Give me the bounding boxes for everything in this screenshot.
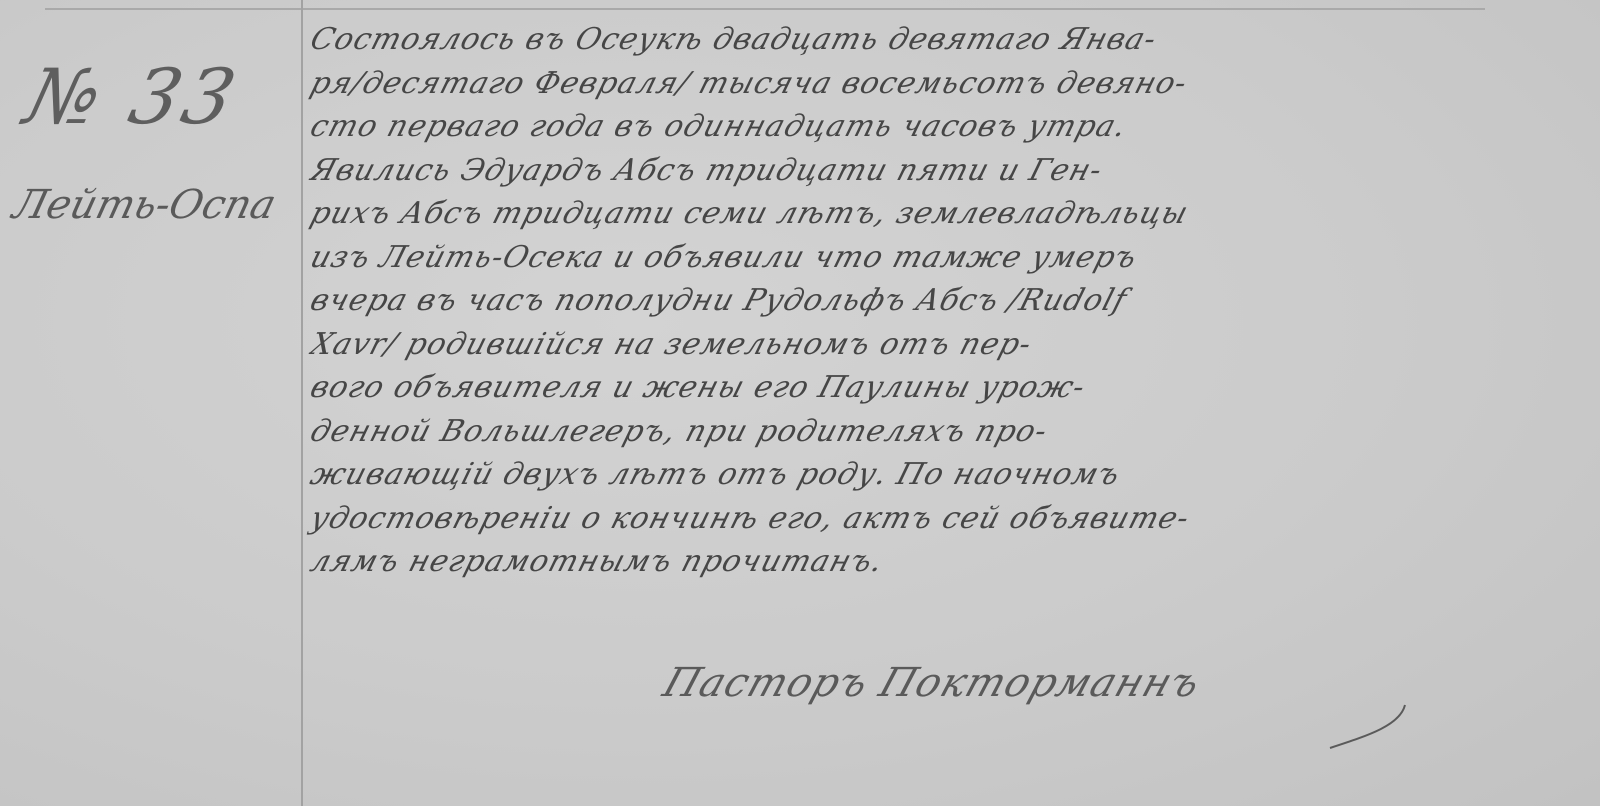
record-line: вого объявителя и жены его Паулины урож- (305, 366, 1587, 410)
record-line: изъ Лейть-Осека и объявили что тамже уме… (305, 236, 1587, 280)
left-margin: № 33 Лейть-Оспа (0, 0, 300, 806)
record-line: удостовѣреніи о кончинѣ его, актъ сей об… (305, 497, 1587, 541)
pastor-signature: Пасторъ Покторманнъ (658, 660, 1207, 706)
entry-number: № 33 (17, 52, 248, 141)
record-line: Xavr/ родившійся на земельномъ отъ пер- (305, 323, 1587, 367)
record-line: рихъ Абсъ тридцати семи лѣтъ, землевладѣ… (305, 192, 1587, 236)
document-page: № 33 Лейть-Оспа Состоялось въ Осеукѣ два… (0, 0, 1600, 806)
margin-place-name: Лейть-Оспа (8, 182, 280, 228)
record-line: вчера въ часъ пополудни Рудольфъ Абсъ /R… (305, 279, 1587, 323)
record-line: ря/десятаго Февраля/ тысяча восемьсотъ д… (305, 62, 1587, 106)
record-line: сто перваго года въ одиннадцать часовъ у… (305, 105, 1587, 149)
record-line: Явились Эдуардъ Абсъ тридцати пяти и Ген… (305, 149, 1587, 193)
record-line: лямъ неграмотнымъ прочитанъ. (305, 540, 1587, 584)
record-line: живающій двухъ лѣтъ отъ роду. По наочном… (305, 453, 1587, 497)
margin-ruled-line (301, 0, 303, 806)
record-line: Состоялось въ Осеукѣ двадцать девятаго Я… (305, 18, 1587, 62)
record-line: денной Вольшлегеръ, при родителяхъ про- (305, 410, 1587, 454)
record-body: Состоялось въ Осеукѣ двадцать девятаго Я… (305, 18, 1575, 584)
signature-flourish-icon (1320, 700, 1410, 750)
